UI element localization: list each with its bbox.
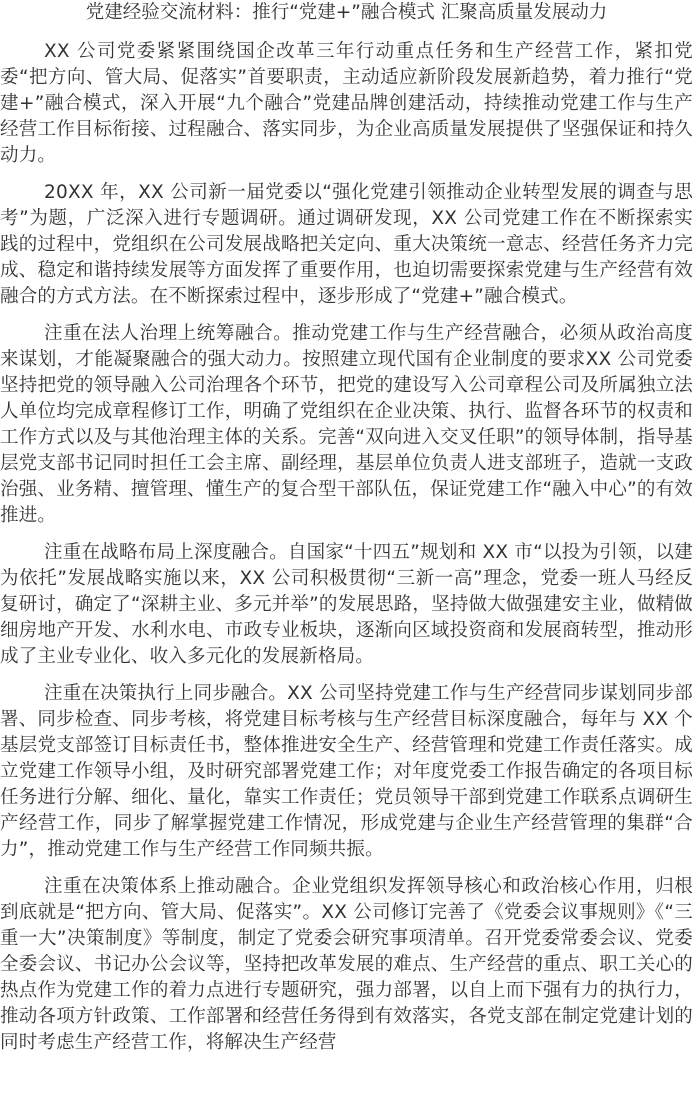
paragraph-decision-system: 注重在决策体系上推动融合。企业党组织发挥领导核心和政治核心作用，归根到底就是“把…: [0, 874, 693, 1056]
paragraph-strategic-layout: 注重在战略布局上深度融合。自国家“十四五”规划和 XX 市“以投为引领，以建为依…: [0, 540, 693, 670]
paragraph-background: 20XX 年，XX 公司新一届党委以“强化党建引领推动企业转型发展的调查与思考”…: [0, 180, 693, 310]
paragraph-decision-execution: 注重在决策执行上同步融合。XX 公司坚持党建工作与生产经营同步谋划同步部署、同步…: [0, 681, 693, 863]
document-title: 党建经验交流材料：推行“党建+”融合模式 汇聚高质量发展动力: [0, 0, 693, 28]
paragraph-corporate-governance: 注重在法人治理上统筹融合。推动党建工作与生产经营融合，必须从政治高度来谋划，才能…: [0, 321, 693, 529]
paragraph-intro: XX 公司党委紧紧围绕国企改革三年行动重点任务和生产经营工作，紧扣党委“把方向、…: [0, 39, 693, 169]
document: 党建经验交流材料：推行“党建+”融合模式 汇聚高质量发展动力 XX 公司党委紧紧…: [0, 0, 693, 1056]
